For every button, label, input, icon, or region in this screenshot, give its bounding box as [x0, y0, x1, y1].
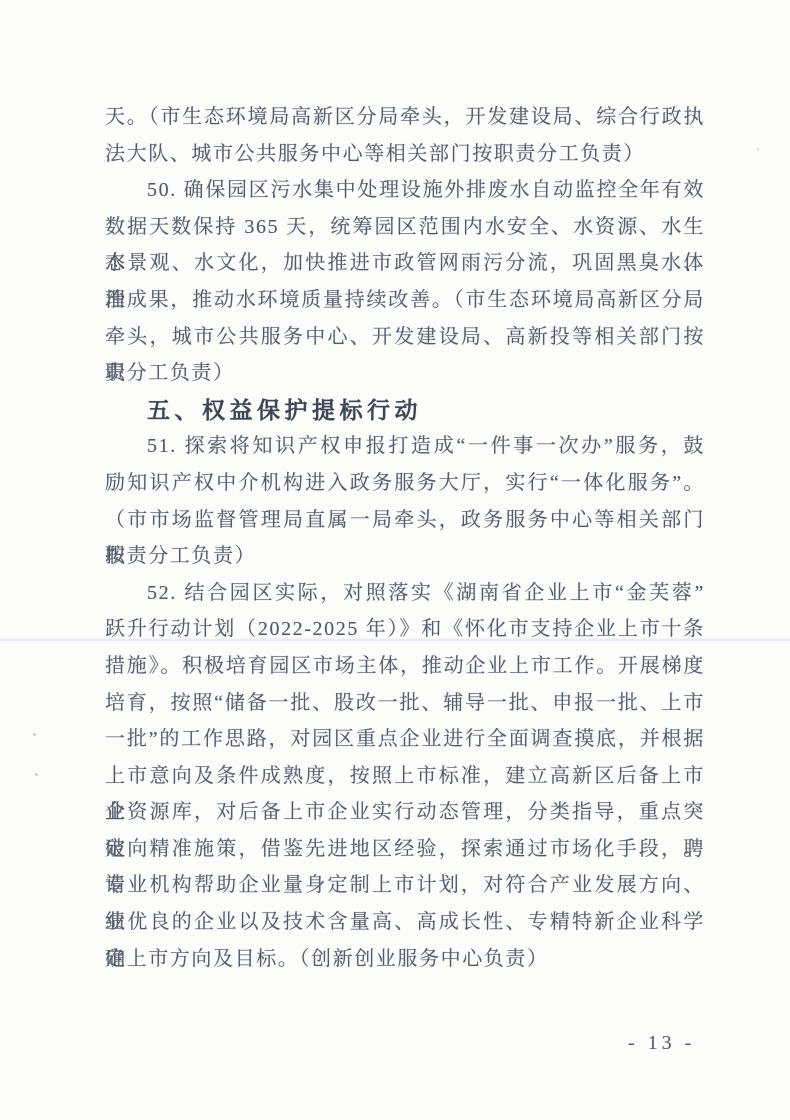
scan-speck	[33, 733, 36, 736]
text-line: 51. 探索将知识产权申报打造成“一件事一次办”服务，鼓	[105, 428, 705, 465]
text-line: 上市意向及条件成熟度，按照上市标准，建立高新区后备上市企	[105, 758, 705, 795]
text-line: 数据天数保持 365 天，统筹园区范围内水安全、水资源、水生态、	[105, 209, 705, 246]
text-line: 定上市方向及目标。（创新创业服务中心负责）	[105, 941, 705, 978]
text-line: 法大队、城市公共服务中心等相关部门按职责分工负责）	[105, 136, 705, 173]
text-line: 50. 确保园区污水集中处理设施外排废水自动监控全年有效	[105, 172, 705, 209]
scanned-document-page: 天。（市生态环境局高新区分局牵头，开发建设局、综合行政执法大队、城市公共服务中心…	[0, 0, 790, 1120]
text-line: 专业机构帮助企业量身定制上市计划，对符合产业发展方向、业	[105, 867, 705, 904]
text-line: 措施》。积极培育园区市场主体，推动企业上市工作。开展梯度	[105, 648, 705, 685]
text-line: 水景观、水文化，加快推进市政管网雨污分流，巩固黑臭水体治	[105, 245, 705, 282]
scan-speck	[757, 148, 759, 150]
text-line: 定向精准施策，借鉴先进地区经验，探索通过市场化手段，聘请	[105, 831, 705, 868]
text-line: 职责分工负责）	[105, 538, 705, 575]
text-line: 跃升行动计划（2022-2025 年）》和《怀化市支持企业上市十条	[105, 611, 705, 648]
text-line: 业资源库，对后备上市企业实行动态管理，分类指导，重点突破。	[105, 794, 705, 831]
section-heading: 五、权益保护提标行动	[105, 392, 705, 429]
text-line: 牵头，城市公共服务中心、开发建设局、高新投等相关部门按职	[105, 319, 705, 356]
text-line: 责分工负责）	[105, 355, 705, 392]
text-line: 一批”的工作思路，对园区重点企业进行全面调查摸底，并根据	[105, 721, 705, 758]
text-line: 培育，按照“储备一批、股改一批、辅导一批、申报一批、上市	[105, 685, 705, 722]
text-line: 52. 结合园区实际，对照落实《湖南省企业上市“金芙蓉”	[105, 575, 705, 612]
page-number: - 13 -	[628, 1032, 695, 1055]
document-text-block: 天。（市生态环境局高新区分局牵头，开发建设局、综合行政执法大队、城市公共服务中心…	[105, 99, 705, 977]
text-line: 天。（市生态环境局高新区分局牵头，开发建设局、综合行政执	[105, 99, 705, 136]
text-line: 励知识产权中介机构进入政务服务大厅，实行“一体化服务”。	[105, 465, 705, 502]
text-line: （市市场监督管理局直属一局牵头，政务服务中心等相关部门按	[105, 502, 705, 539]
text-line: 绩优良的企业以及技术含量高、高成长性、专精特新企业科学确	[105, 904, 705, 941]
scan-speck	[35, 773, 38, 776]
text-line: 理成果，推动水环境质量持续改善。（市生态环境局高新区分局	[105, 282, 705, 319]
